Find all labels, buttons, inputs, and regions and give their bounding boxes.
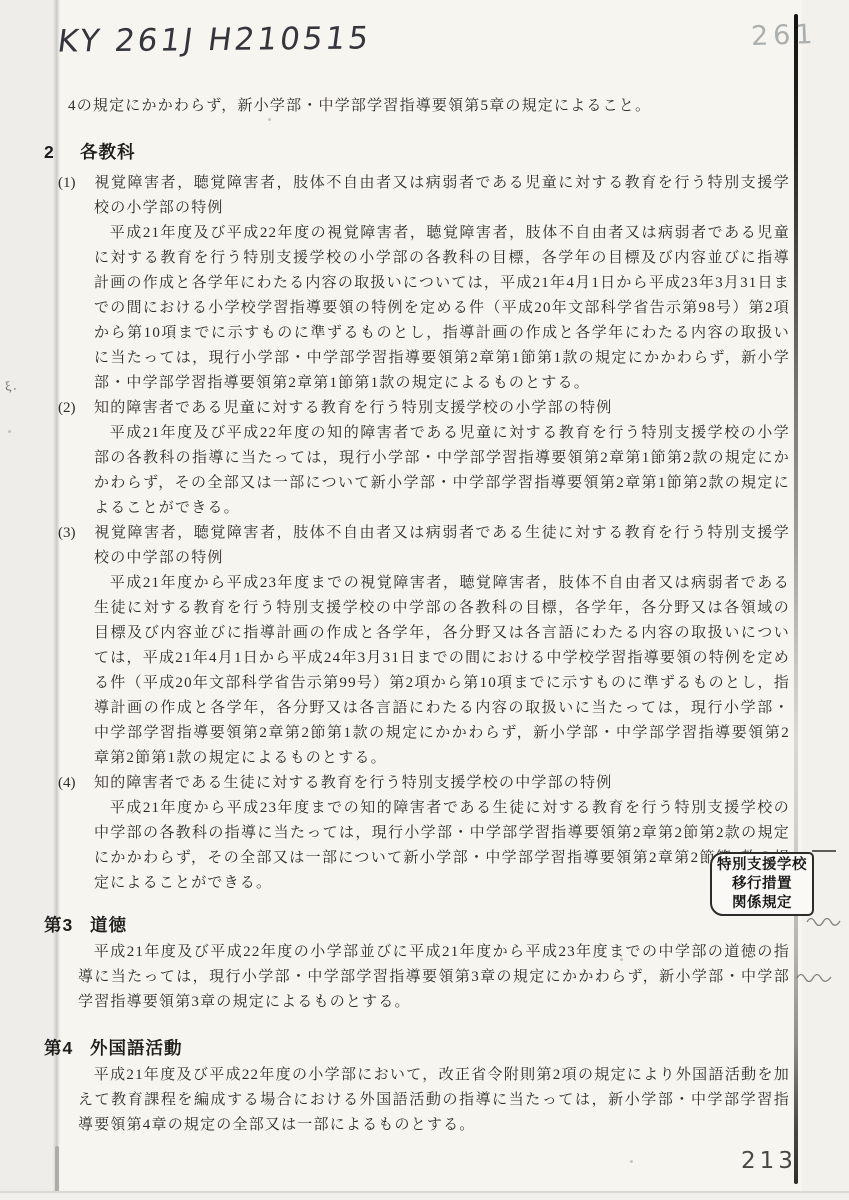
page-number: 213 [741, 1148, 797, 1174]
scan-speck [620, 958, 623, 961]
section-3-number: 第3 [44, 913, 90, 937]
item-2-number: (2) [58, 396, 94, 421]
item-3-number: (3) [58, 521, 94, 546]
handwritten-code: KY 261J H210515 [55, 20, 373, 59]
item-2-body: 平成21年度及び平成22年度の知的障害者である児童に対する教育を行う特別支援学校… [58, 421, 790, 521]
item-1-number: (1) [58, 171, 94, 196]
scan-speck [8, 430, 11, 433]
section-2-title: 各教科 [80, 142, 136, 162]
list-item-3: (3)視覚障害者，聴覚障害者，肢体不自由者又は病弱者である生徒に対する教育を行う… [58, 521, 790, 771]
section-3-heading: 第3道徳 [44, 913, 790, 937]
margin-pen-mark: ξ. [4, 377, 19, 395]
item-2-title: (2)知的障害者である児童に対する教育を行う特別支援学校の小学部の特例 [58, 396, 790, 421]
item-4-body: 平成21年度から平成23年度までの知的障害者である生徒に対する教育を行う特別支援… [58, 796, 790, 896]
side-tab-line-2: 移行措置 [732, 875, 792, 894]
section-4-title: 外国語活動 [90, 1038, 183, 1058]
side-index-tab: 特別支援学校 移行措置 関係規定 [710, 852, 814, 916]
section-3-title: 道徳 [90, 915, 127, 935]
scan-bottom-strip [0, 1193, 849, 1200]
intro-line: 4の規定にかかわらず，新小学部・中学部学習指導要領第5章の規定によること。 [68, 94, 790, 119]
document-body: 4の規定にかかわらず，新小学部・中学部学習指導要領第5章の規定によること。 2各… [44, 94, 790, 1138]
scan-right-margin [802, 0, 849, 1200]
item-1-body: 平成21年度及び平成22年度の視覚障害者，聴覚障害者，肢体不自由者又は病弱者であ… [58, 221, 790, 396]
section-4-heading: 第4外国語活動 [44, 1036, 790, 1060]
section-4: 第4外国語活動 平成21年度及び平成22年度の小学部において，改正省令附則第2項… [44, 1036, 790, 1138]
list-item-1: (1)視覚障害者，聴覚障害者，肢体不自由者又は病弱者である児童に対する教育を行う… [58, 171, 790, 396]
list-item-2: (2)知的障害者である児童に対する教育を行う特別支援学校の小学部の特例 平成21… [58, 396, 790, 521]
side-tab-line-3: 関係規定 [732, 894, 792, 913]
page-edge-seam-bottom [55, 1146, 59, 1192]
stamp-number: 261 [750, 19, 818, 52]
section-4-body: 平成21年度及び平成22年度の小学部において，改正省令附則第2項の規定により外国… [78, 1063, 790, 1138]
section-3: 第3道徳 平成21年度及び平成22年度の小学部並びに平成21年度から平成23年度… [44, 913, 790, 1015]
item-1-title: (1)視覚障害者，聴覚障害者，肢体不自由者又は病弱者である児童に対する教育を行う… [58, 171, 790, 221]
item-4-number: (4) [58, 771, 94, 796]
item-4-title: (4)知的障害者である生徒に対する教育を行う特別支援学校の中学部の特例 [58, 771, 790, 796]
section-4-number: 第4 [44, 1036, 90, 1060]
scan-speck [268, 118, 271, 121]
scanned-document-page: KY 261J H210515 261 ξ. 4の規定にかかわらず，新小学部・中… [0, 0, 849, 1200]
side-tab-line-1: 特別支援学校 [717, 856, 807, 875]
item-3-title: (3)視覚障害者，聴覚障害者，肢体不自由者又は病弱者である生徒に対する教育を行う… [58, 521, 790, 571]
pen-squiggle-upper [806, 916, 842, 926]
list-item-4: (4)知的障害者である生徒に対する教育を行う特別支援学校の中学部の特例 平成21… [58, 771, 790, 896]
scan-edge-line [794, 14, 798, 1184]
section-2-number: 2 [44, 140, 80, 164]
section-2-heading: 2各教科 [44, 140, 790, 164]
scan-speck [630, 1160, 633, 1163]
tab-edge-hairline [812, 850, 836, 852]
section-3-body: 平成21年度及び平成22年度の小学部並びに平成21年度から平成23年度までの中学… [78, 940, 790, 1015]
item-3-body: 平成21年度から平成23年度までの視覚障害者，聴覚障害者，肢体不自由者又は病弱者… [58, 571, 790, 771]
pen-squiggle-lower [796, 972, 834, 982]
scan-speck [748, 448, 751, 451]
